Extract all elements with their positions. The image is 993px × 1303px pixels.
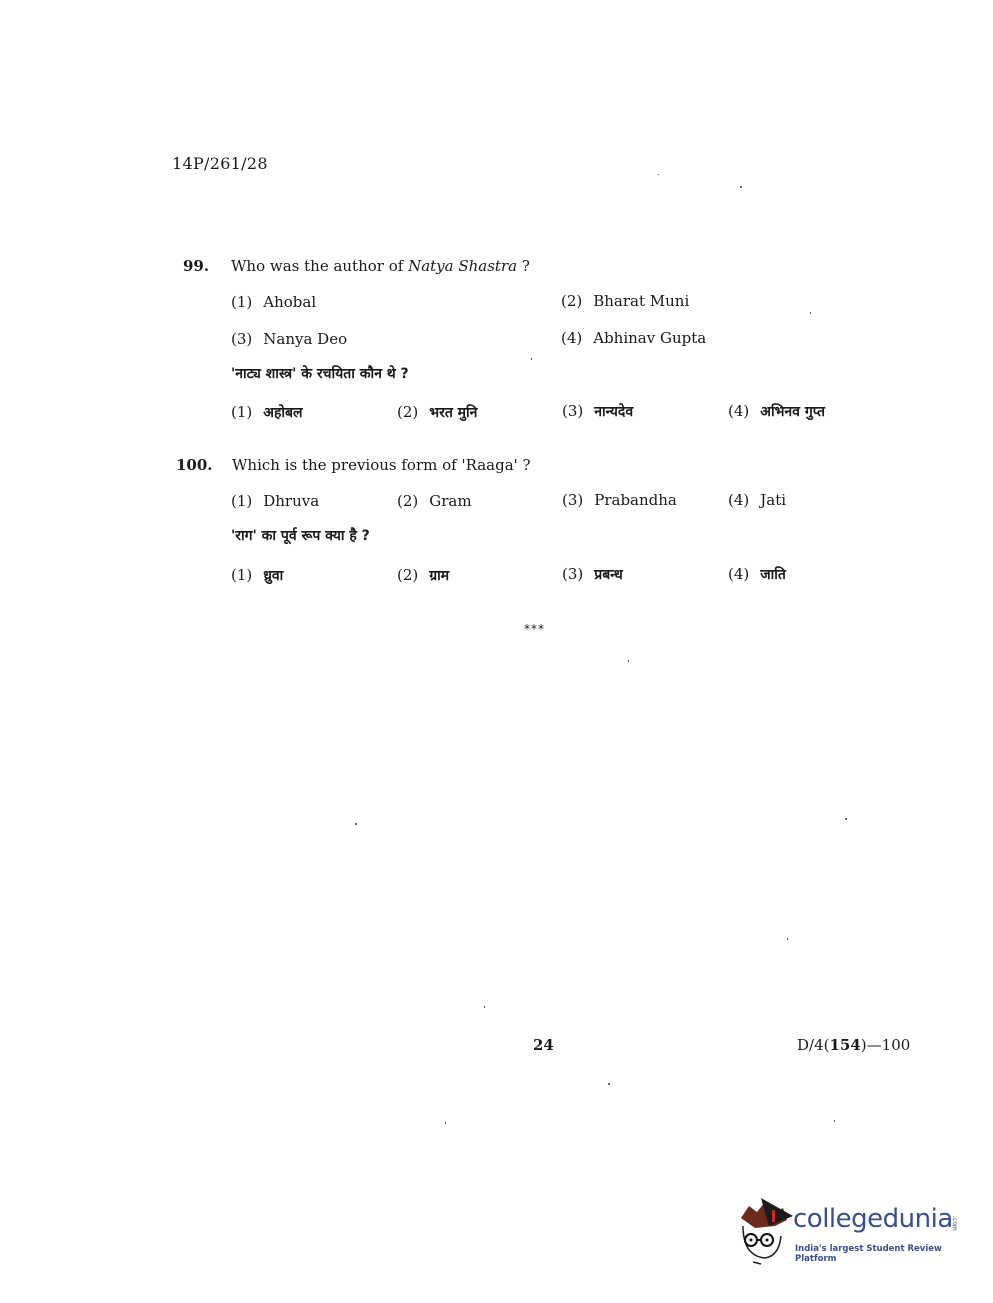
option-number: (3) — [562, 402, 583, 420]
option-number: (1) — [231, 293, 252, 311]
option: (3)Prabandha — [562, 491, 677, 509]
option-label: Gram — [429, 492, 471, 510]
option-label: Bharat Muni — [593, 292, 689, 310]
question-text-prefix: Who was the author of — [231, 257, 408, 275]
scan-speck — [810, 312, 811, 314]
option: (4)Jati — [728, 491, 786, 509]
option: (2)Bharat Muni — [561, 292, 689, 310]
scan-speck — [740, 186, 742, 188]
option-number: (1) — [231, 403, 252, 421]
brand-tagline: India's largest Student Review Platform — [795, 1244, 960, 1264]
option-label: Dhruva — [263, 492, 319, 510]
option-hindi: (3)नान्यदेव — [562, 402, 633, 421]
option-label: Ahobal — [263, 293, 316, 311]
question-text-italic: Natya Shastra — [408, 257, 517, 275]
option-number: (4) — [728, 491, 749, 509]
footer-code-prefix: D/4( — [797, 1036, 829, 1054]
option-label: Nanya Deo — [263, 330, 347, 348]
footer-code-suffix: )—100 — [861, 1036, 910, 1054]
option-label: Abhinav Gupta — [593, 329, 706, 347]
question-number: 99. — [183, 257, 209, 275]
mascot-icon — [735, 1196, 795, 1266]
footer-code-bold: 154 — [829, 1036, 860, 1054]
option: (1)Dhruva — [231, 492, 319, 510]
option: (4)Abhinav Gupta — [561, 329, 706, 347]
brand-name: collegedunia — [793, 1204, 953, 1234]
scan-speck — [531, 358, 532, 360]
option-hindi: (2)ग्राम — [397, 566, 449, 585]
option-hindi: (4)जाति — [728, 565, 786, 584]
option-number: (4) — [728, 402, 749, 420]
option-label: ग्राम — [429, 568, 449, 584]
collegedunia-logo: collegedunia .com India's largest Studen… — [735, 1196, 960, 1266]
option-number: (4) — [561, 329, 582, 347]
option-hindi: (2)भरत मुनि — [397, 403, 477, 422]
footer-code: D/4(154)—100 — [797, 1036, 910, 1054]
scan-speck — [355, 823, 357, 825]
question-text-hindi: 'नाट्य शास्त्र' के रचयिता कौन थे ? — [231, 364, 409, 383]
option-hindi: (1)अहोबल — [231, 403, 303, 422]
scan-speck — [445, 1122, 446, 1124]
scan-speck — [484, 1006, 485, 1008]
paper-code: 14P/261/28 — [172, 154, 268, 173]
option-number: (3) — [562, 491, 583, 509]
option-number: (2) — [397, 566, 418, 584]
option-number: (2) — [397, 403, 418, 421]
option-number: (4) — [728, 565, 749, 583]
option: (2)Gram — [397, 492, 472, 510]
question-text-suffix: ? — [517, 257, 530, 275]
scan-speck — [845, 818, 847, 820]
end-marker: *** — [524, 622, 545, 636]
option-label: ध्रुवा — [263, 568, 283, 584]
question-text: Who was the author of Natya Shastra ? — [231, 257, 530, 275]
option-label: अहोबल — [263, 405, 302, 421]
option-number: (2) — [397, 492, 418, 510]
question-text-hindi: 'राग' का पूर्व रूप क्या है ? — [231, 526, 370, 545]
option-label: Jati — [760, 491, 786, 509]
question-text: Which is the previous form of 'Raaga' ? — [232, 456, 531, 474]
option-hindi: (4)अभिनव गुप्त — [728, 402, 825, 421]
option-hindi: (1)ध्रुवा — [231, 566, 283, 585]
scan-speck — [658, 174, 659, 175]
option-label: प्रबन्ध — [594, 567, 622, 583]
scan-speck — [608, 1083, 610, 1085]
question-number: 100. — [176, 456, 213, 474]
option-label: भरत मुनि — [429, 405, 477, 421]
option-label: Prabandha — [594, 491, 677, 509]
option-number: (3) — [231, 330, 252, 348]
option-hindi: (3)प्रबन्ध — [562, 565, 623, 584]
scan-speck — [787, 938, 788, 940]
scan-speck — [628, 660, 629, 662]
option-label: नान्यदेव — [594, 404, 633, 420]
brand-domain: .com — [951, 1216, 958, 1231]
option-label: जाति — [760, 567, 786, 583]
option-number: (1) — [231, 566, 252, 584]
option: (1)Ahobal — [231, 293, 316, 311]
option-number: (2) — [561, 292, 582, 310]
scan-speck — [834, 1120, 835, 1122]
option-label: अभिनव गुप्त — [760, 404, 825, 420]
option-number: (3) — [562, 565, 583, 583]
option-number: (1) — [231, 492, 252, 510]
option: (3)Nanya Deo — [231, 330, 347, 348]
page-number: 24 — [533, 1036, 554, 1054]
